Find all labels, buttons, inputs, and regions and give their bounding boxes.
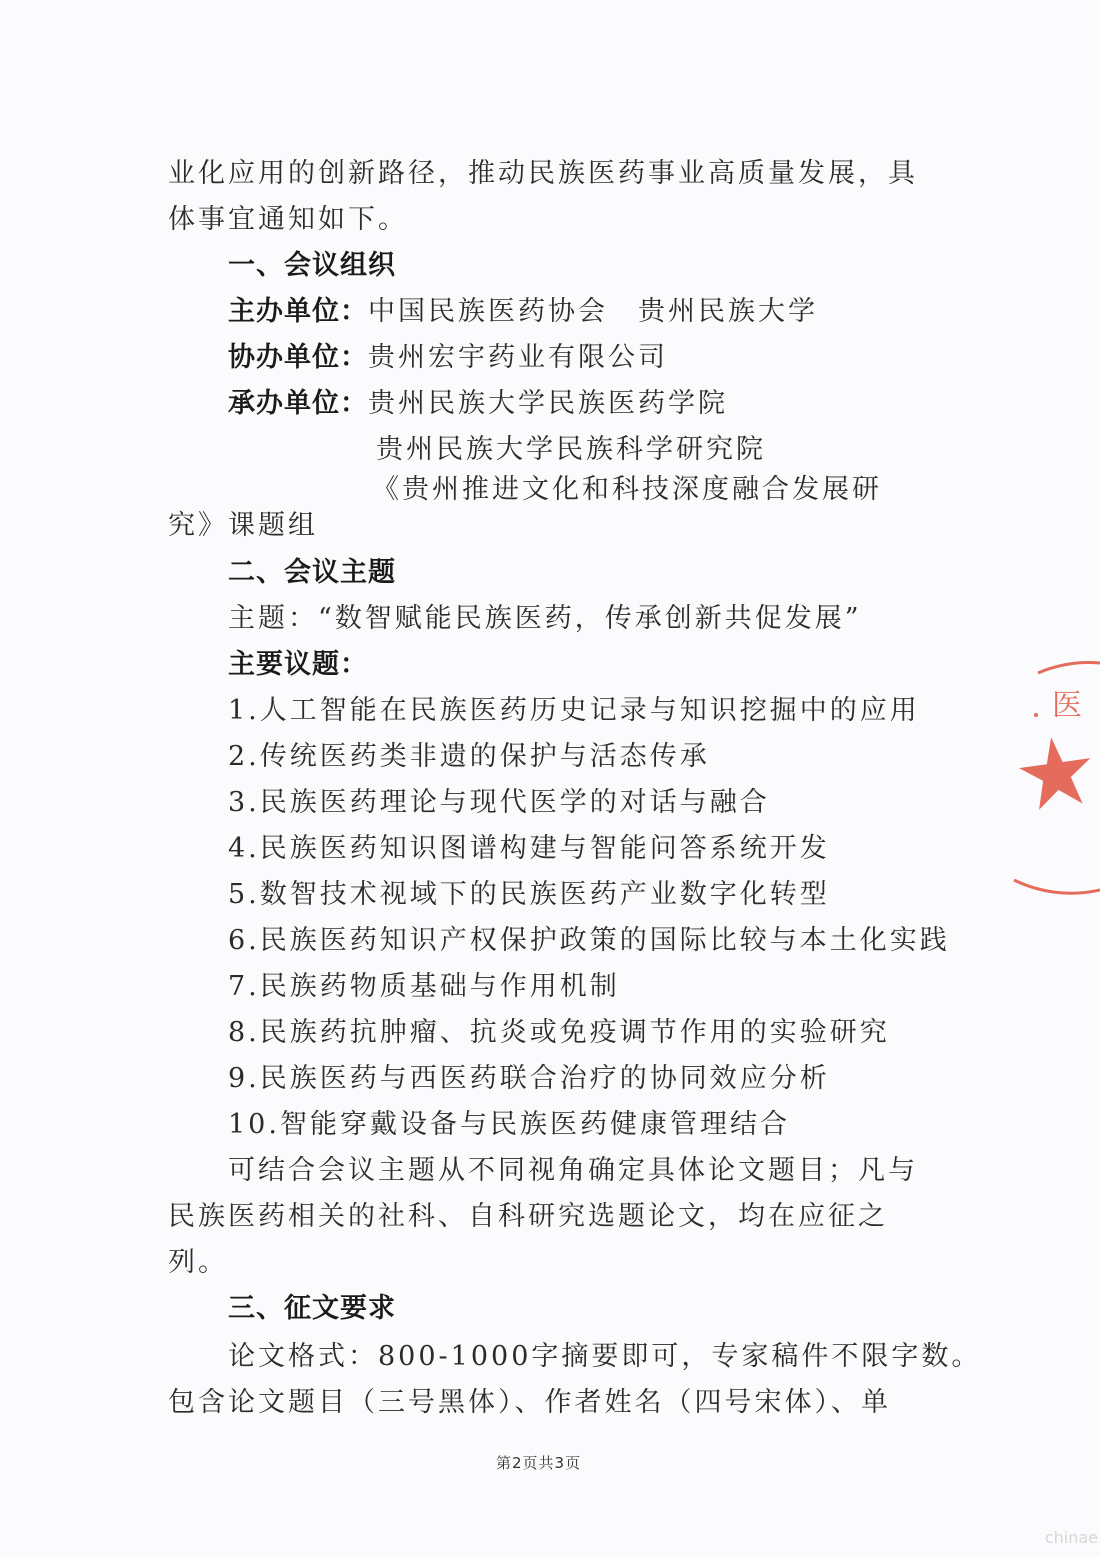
organizer-continuation: 究》课题组	[168, 509, 318, 543]
intro-line-1: 业化应用的创新路径，推动民族医药事业高质量发展，具	[168, 157, 918, 191]
topic-item: 2.传统医药类非遗的保护与活态传承	[228, 740, 710, 774]
section-heading-organization: 一、会议组织	[228, 249, 396, 283]
host-row: 主办单位：中国民族医药协会 贵州民族大学	[228, 295, 818, 329]
note-line-1: 可结合会议主题从不同视角确定具体论文题目；凡与	[228, 1154, 918, 1188]
topic-item: 1.人工智能在民族医药历史记录与知识挖掘中的应用	[228, 694, 920, 728]
topic-item: 7.民族药物质基础与作用机制	[228, 970, 620, 1004]
svg-text:医: 医	[1052, 688, 1082, 723]
organizer-label: 承办单位：	[228, 388, 368, 419]
requirements-line-2: 包含论文题目（三号黑体）、作者姓名（四号宋体）、单	[168, 1386, 891, 1420]
theme-text: 主题：“数智赋能民族医药，传承创新共促发展”	[228, 602, 862, 636]
organizer-row: 承办单位：贵州民族大学民族医药学院	[228, 387, 728, 421]
topic-item: 3.民族医药理论与现代医学的对话与融合	[228, 786, 770, 820]
topic-item: 6.民族医药知识产权保护政策的国际比较与本土化实践	[228, 924, 950, 958]
host-value: 中国民族医药协会 贵州民族大学	[368, 296, 818, 327]
topic-item: 5.数智技术视域下的民族医药产业数字化转型	[228, 878, 830, 912]
topic-item: 8.民族药抗肿瘤、抗炎或免疫调节作用的实验研究	[228, 1016, 890, 1050]
note-line-2: 民族医药相关的社科、自科研究选题论文，均在应征之	[168, 1200, 888, 1234]
intro-line-2: 体事宜通知如下。	[168, 203, 408, 237]
section-heading-requirements: 三、征文要求	[228, 1292, 396, 1326]
topic-item: 9.民族医药与西医药联合治疗的协同效应分析	[228, 1062, 830, 1096]
section-heading-theme: 二、会议主题	[228, 556, 396, 590]
topics-heading: 主要议题：	[228, 648, 368, 682]
official-seal-icon: 医	[1000, 655, 1100, 900]
page-indicator: 第2页共3页	[496, 1452, 581, 1473]
co-host-label: 协办单位：	[228, 342, 368, 373]
note-line-3: 列。	[168, 1246, 228, 1280]
host-label: 主办单位：	[228, 296, 368, 327]
organizer-value-3: 《贵州推进文化和科技深度融合发展研	[372, 473, 882, 507]
document-page: 业化应用的创新路径，推动民族医药事业高质量发展，具 体事宜通知如下。 一、会议组…	[0, 0, 1100, 1557]
topic-item: 10.智能穿戴设备与民族医药健康管理结合	[228, 1108, 790, 1142]
requirements-line-1: 论文格式：800-1000字摘要即可，专家稿件不限字数。	[228, 1340, 981, 1374]
co-host-value: 贵州宏宇药业有限公司	[368, 342, 668, 373]
organizer-value-2: 贵州民族大学民族科学研究院	[376, 433, 766, 467]
topic-item: 4.民族医药知识图谱构建与智能问答系统开发	[228, 832, 830, 866]
co-host-row: 协办单位：贵州宏宇药业有限公司	[228, 341, 668, 375]
watermark: chinae	[1045, 1528, 1098, 1547]
organizer-value-1: 贵州民族大学民族医药学院	[368, 388, 728, 419]
